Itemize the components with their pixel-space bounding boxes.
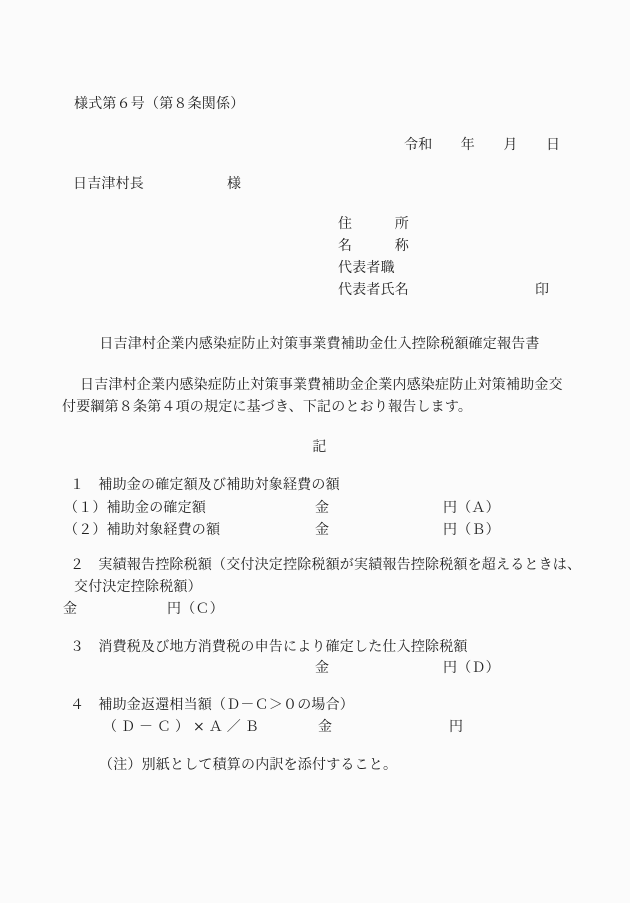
item2-heading-line-2: 交付決定控除税額） — [74, 579, 202, 596]
document-title: 日吉津村企業内感染症防止対策事業費補助金仕入控除税額確定報告書 — [9, 336, 630, 353]
item4-unit: 円 — [449, 719, 463, 736]
item1-row1-unit: 円（Ａ） — [443, 500, 500, 517]
item4-formula: （Ｄ－Ｃ）×Ａ／Ｂ — [103, 719, 263, 736]
item3-heading: ３ 消費税及び地方消費税の申告により確定した仕入控除税額 — [70, 639, 468, 656]
record-marker: 記 — [9, 439, 630, 456]
item2-currency: 金 — [63, 601, 77, 618]
addressee: 日吉津村長 — [73, 176, 144, 193]
item4-currency: 金 — [318, 719, 332, 736]
body-paragraph-line-1: 日吉津村企業内感染症防止対策事業費補助金企業内感染症防止対策補助金交 — [80, 377, 563, 394]
item2-unit: 円（Ｃ） — [167, 601, 224, 618]
sender-address-label: 住 所 — [338, 216, 409, 233]
item2-heading-line-1: ２ 実績報告控除税額（交付決定控除税額が実績報告控除税額を超えるときは、 — [70, 557, 581, 574]
item1-row2-unit: 円（Ｂ） — [443, 522, 500, 539]
body-paragraph-line-2: 付要綱第８条第４項の規定に基づき、下記のとおり報告します。 — [62, 399, 472, 416]
item1-row2-label: （２）補助対象経費の額 — [64, 522, 220, 539]
item1-heading: １ 補助金の確定額及び補助対象経費の額 — [70, 477, 340, 494]
attachment-note: （注）別紙として積算の内訳を添付すること。 — [99, 757, 397, 774]
item1-row2-currency: 金 — [315, 522, 329, 539]
representative-title-label: 代表者職 — [338, 260, 395, 277]
document-page: 様式第６号（第８条関係） 令和 年 月 日 日吉津村長 様 住 所 名 称 代表… — [0, 0, 630, 903]
representative-name-label: 代表者氏名 — [338, 282, 409, 299]
item4-heading: ４ 補助金返還相当額（Ｄ－Ｃ＞０の場合） — [70, 697, 354, 714]
item1-row1-label: （１）補助金の確定額 — [64, 500, 206, 517]
item3-unit: 円（Ｄ） — [443, 660, 500, 677]
sender-name-label: 名 称 — [338, 238, 409, 255]
form-number: 様式第６号（第８条関係） — [74, 96, 244, 113]
addressee-honorific: 様 — [227, 176, 241, 193]
item1-row1-currency: 金 — [315, 500, 329, 517]
seal-mark: 印 — [535, 282, 549, 299]
date-line: 令和 年 月 日 — [404, 137, 560, 154]
item3-currency: 金 — [315, 660, 329, 677]
